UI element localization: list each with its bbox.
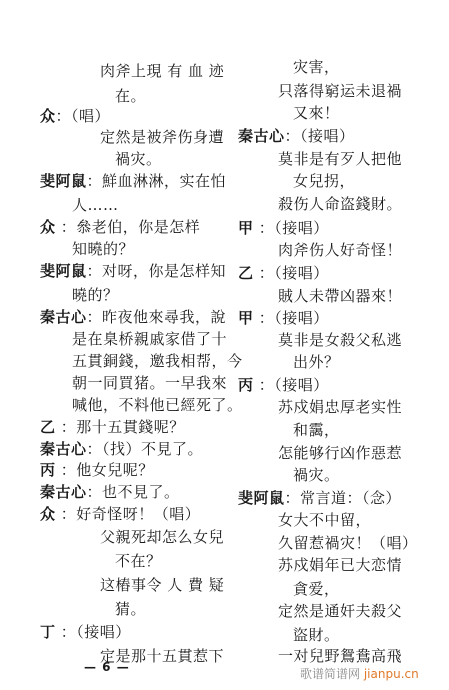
line-text: 父親死却怎么女兒 [100, 528, 224, 546]
line-text: 莫非是女殺父私逃 [278, 331, 402, 349]
speaker-name: 秦古心 [40, 440, 87, 458]
script-line: 丁 ：（接唱） [40, 623, 131, 641]
script-line: 众 ：叅老伯，你是怎样 [40, 218, 200, 236]
line-text: ：对呀，你是怎样知 [87, 262, 227, 280]
script-line: 久留惹禍灾！（唱） [278, 534, 418, 552]
script-line: 定然是被斧伤身遭 [100, 128, 224, 146]
line-text: 殺伤人命盗錢財。 [278, 195, 402, 213]
script-line: 不在？ [115, 552, 162, 570]
watermark-domain: jianpu.cn [364, 667, 419, 681]
line-text: 出外？ [293, 353, 340, 371]
script-line: 女兒拐， [293, 172, 355, 190]
line-text: ：昨夜他來尋我，說 [87, 308, 227, 326]
line-text: ：（接唱） [254, 264, 329, 282]
speaker-name: 丙 [238, 376, 254, 394]
script-line: 甲 ：（接唱） [238, 309, 329, 327]
script-line: 定然是通奸夫殺父 [278, 602, 402, 620]
line-text: 久留惹禍灾！（唱） [278, 534, 418, 552]
speaker-name: 乙 [238, 264, 254, 282]
line-text: ：那十五貫錢呢？ [56, 418, 185, 436]
script-line: 五貫銅錢，邀我相帮，今 [72, 352, 243, 370]
script-line: 莫非是女殺父私逃 [278, 331, 402, 349]
speaker-name: 斐阿鼠 [40, 172, 87, 190]
speaker-name: 甲 [238, 309, 254, 327]
speaker-name: 秦古心 [40, 308, 87, 326]
script-line: 甲 ：（接唱） [238, 219, 329, 237]
speaker-name: 斐阿鼠 [40, 262, 87, 280]
line-text: 曉的？ [72, 286, 119, 304]
script-line: 知曉的？ [72, 240, 134, 258]
script-line: 乙 ：（接唱） [238, 264, 329, 282]
line-text: ：也不見了。 [87, 483, 180, 501]
script-line: 朝一同買猪。一早我來 [72, 374, 227, 392]
line-text: 定然是被斧伤身遭 [100, 128, 224, 146]
line-text: 一对兒野鴛鴦高飛 [278, 647, 402, 665]
line-text: 喊他，不料他已經死了。 [72, 396, 243, 414]
line-text: 和靄， [293, 421, 340, 439]
script-line: 肉斧伤人好奇怪！ [278, 241, 402, 259]
script-line: 斐阿鼠：对呀，你是怎样知 [40, 262, 226, 280]
script-line: 盜財。 [293, 626, 340, 644]
line-text: 朝一同買猪。一早我來 [72, 374, 227, 392]
script-line: 又來！ [293, 104, 340, 122]
script-line: 这樁事令 人 費 疑 [100, 576, 224, 594]
line-text: ：鮮血淋淋，实在怕 [87, 172, 227, 190]
line-text: 知曉的？ [72, 240, 134, 258]
script-line: 莫非是有歹人把他 [278, 150, 402, 168]
line-text: 猜。 [115, 600, 146, 618]
page-number: — 6 — [84, 660, 130, 674]
line-text: 人…… [72, 196, 119, 214]
script-line: 苏戍娟忠厚老实性 [278, 398, 402, 416]
line-text: 苏戍娟年已大恋情 [278, 556, 402, 574]
script-line: 和靄， [293, 421, 340, 439]
speaker-name: 众 [40, 505, 56, 523]
script-line: 斐阿鼠：常言道：（念） [238, 489, 401, 507]
script-line: 怎能够行凶作惡惹 [278, 444, 402, 462]
script-line: 賊人未帶凶器來！ [278, 287, 402, 305]
watermark-text: 歌谱简谱网 [300, 667, 360, 681]
speaker-name: 丁 [40, 623, 56, 641]
line-text: 貪爱， [293, 580, 340, 598]
script-line: 众 ：好奇怪呀！（唱） [40, 505, 200, 523]
line-text: ：常言道：（念） [285, 489, 402, 507]
script-line: 出外？ [293, 353, 340, 371]
line-text: ：（接唱） [285, 127, 355, 145]
line-text: ：（接唱） [254, 376, 329, 394]
script-line: 秦古心：也不見了。 [40, 483, 180, 501]
line-text: ：（接唱） [56, 623, 131, 641]
script-line: 秦古心：昨夜他來尋我，說 [40, 308, 226, 326]
line-text: 怎能够行凶作惡惹 [278, 444, 402, 462]
script-line: 父親死却怎么女兒 [100, 528, 224, 546]
line-text: 不在？ [115, 552, 162, 570]
script-line: 肉斧上現 有 血 迹 [100, 62, 224, 80]
script-line: 是在臬桥親戚家借了十 [72, 330, 227, 348]
line-text: ：他女兒呢？ [56, 461, 154, 479]
script-line: 一对兒野鴛鴦高飛 [278, 647, 402, 665]
line-text: 莫非是有歹人把他 [278, 150, 402, 168]
line-text: 女大不中留， [278, 511, 371, 529]
script-line: 只落得窮运未退禍 [278, 82, 402, 100]
line-text: 女兒拐， [293, 172, 355, 190]
line-text: 禍灾。 [293, 466, 340, 484]
speaker-name: 众 [40, 218, 56, 236]
speaker-name: 乙 [40, 418, 56, 436]
script-line: 秦古心：（找）不見了。 [40, 440, 203, 458]
script-line: 灾害， [293, 58, 340, 76]
line-text: 在。 [115, 87, 146, 105]
line-text: 是在臬桥親戚家借了十 [72, 330, 227, 348]
line-text: 定然是通奸夫殺父 [278, 602, 402, 620]
speaker-name: 丙 [40, 461, 56, 479]
script-line: 秦古心：（接唱） [238, 127, 355, 145]
script-line: 禍灾。 [115, 150, 162, 168]
speaker-name: 斐阿鼠 [238, 489, 285, 507]
speaker-name: 甲 [238, 219, 254, 237]
line-text: 这樁事令 人 費 疑 [100, 576, 224, 594]
line-text: 盜財。 [293, 626, 340, 644]
line-text: ：（唱） [56, 107, 111, 125]
script-page: 肉斧上現 有 血 迹在。众：（唱）定然是被斧伤身遭禍灾。斐阿鼠：鮮血淋淋，实在怕… [0, 0, 449, 690]
line-text: ：（接唱） [254, 219, 329, 237]
line-text: 肉斧伤人好奇怪！ [278, 241, 402, 259]
line-text: 又來！ [293, 104, 340, 122]
script-line: 貪爱， [293, 580, 340, 598]
script-line: 斐阿鼠：鮮血淋淋，实在怕 [40, 172, 226, 190]
line-text: ：（找）不見了。 [87, 440, 204, 458]
script-line: 众：（唱） [40, 107, 110, 125]
script-line: 人…… [72, 196, 119, 214]
line-text: 肉斧上現 有 血 迹 [100, 62, 224, 80]
script-line: 喊他，不料他已經死了。 [72, 396, 243, 414]
speaker-name: 秦古心 [238, 127, 285, 145]
line-text: ：好奇怪呀！（唱） [56, 505, 201, 523]
script-line: 猜。 [115, 600, 146, 618]
line-text: 灾害， [293, 58, 340, 76]
line-text: ：叅老伯，你是怎样 [56, 218, 201, 236]
script-line: 丙 ：（接唱） [238, 376, 329, 394]
line-text: 禍灾。 [115, 150, 162, 168]
script-line: 乙 ：那十五貫錢呢？ [40, 418, 185, 436]
script-line: 在。 [115, 87, 146, 105]
watermark: 歌谱简谱网 jianpu.cn [300, 665, 419, 682]
speaker-name: 众 [40, 107, 56, 125]
speaker-name: 秦古心 [40, 483, 87, 501]
script-line: 丙 ：他女兒呢？ [40, 461, 154, 479]
script-line: 禍灾。 [293, 466, 340, 484]
line-text: 賊人未帶凶器來！ [278, 287, 402, 305]
script-line: 苏戍娟年已大恋情 [278, 556, 402, 574]
line-text: ：（接唱） [254, 309, 329, 327]
script-line: 曉的？ [72, 286, 119, 304]
line-text: 五貫銅錢，邀我相帮，今 [72, 352, 243, 370]
line-text: 苏戍娟忠厚老实性 [278, 398, 402, 416]
script-line: 殺伤人命盗錢財。 [278, 195, 402, 213]
script-line: 女大不中留， [278, 511, 371, 529]
line-text: 只落得窮运未退禍 [278, 82, 402, 100]
